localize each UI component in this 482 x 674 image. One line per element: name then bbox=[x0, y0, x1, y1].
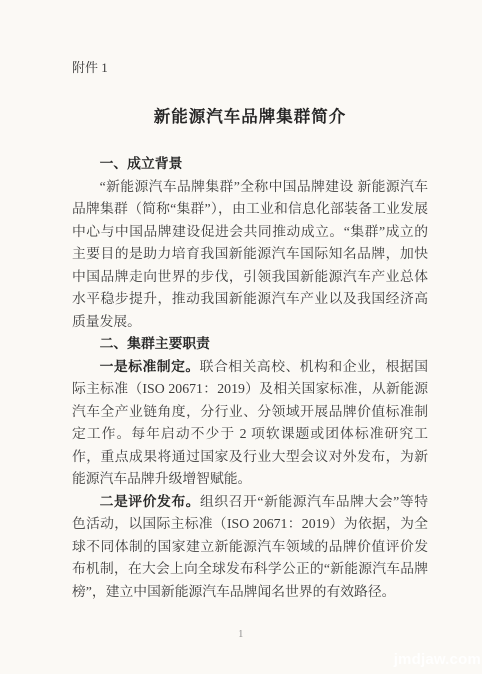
paragraph-text: 组织召开“新能源汽车品牌大会”等特色活动，以国际主标准（ISO 20671：20… bbox=[72, 494, 428, 599]
section-heading-background: 一、成立背景 bbox=[72, 153, 428, 176]
paragraph-text: “新能源汽车品牌集群”全称中国品牌建设 新能源汽车 品牌集群（简称“集群”），由… bbox=[72, 179, 428, 329]
paragraph-lead: 二是评价发布。 bbox=[100, 494, 200, 509]
document-body: 一、成立背景 “新能源汽车品牌集群”全称中国品牌建设 新能源汽车 品牌集群（简称… bbox=[72, 153, 428, 603]
paragraph-text: 联合相关高校、机构和企业，根据国际主标准（ISO 20671：2019）及相关国… bbox=[72, 359, 428, 487]
section-heading-duties: 二、集群主要职责 bbox=[72, 333, 428, 356]
document-title: 新能源汽车品牌集群简介 bbox=[72, 105, 428, 128]
paragraph-background: “新能源汽车品牌集群”全称中国品牌建设 新能源汽车 品牌集群（简称“集群”），由… bbox=[72, 176, 428, 334]
paragraph-lead: 一是标准制定。 bbox=[100, 359, 200, 374]
watermark: jmdjaw.com bbox=[394, 651, 481, 668]
document-page: 附件 1 新能源汽车品牌集群简介 一、成立背景 “新能源汽车品牌集群”全称中国品… bbox=[0, 0, 482, 674]
paragraph-evaluation-release: 二是评价发布。组织召开“新能源汽车品牌大会”等特色活动，以国际主标准（ISO 2… bbox=[72, 491, 428, 604]
paragraph-standard-setting: 一是标准制定。联合相关高校、机构和企业，根据国际主标准（ISO 20671：20… bbox=[72, 356, 428, 491]
attachment-label: 附件 1 bbox=[72, 57, 428, 79]
page-number: 1 bbox=[0, 629, 482, 640]
